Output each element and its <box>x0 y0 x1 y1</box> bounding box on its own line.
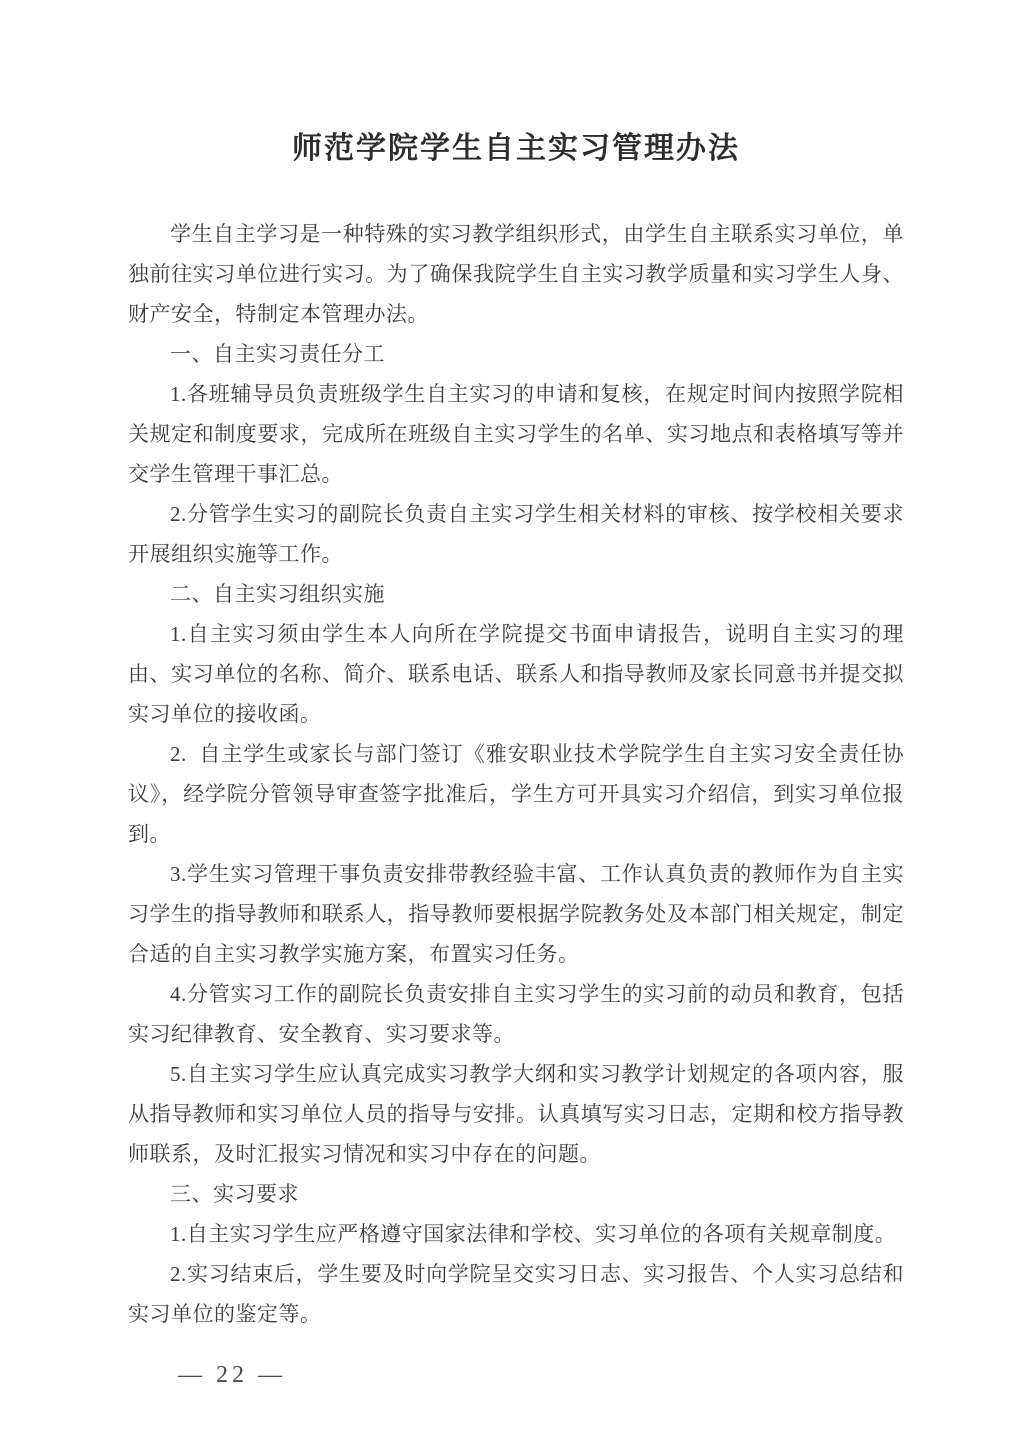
page-title: 师范学院学生自主实习管理办法 <box>128 130 904 168</box>
section-2-heading: 二、自主实习组织实施 <box>128 574 904 614</box>
section-2-item-2: 2. 自主学生或家长与部门签订《雅安职业技术学院学生自主实习安全责任协议》，经学… <box>128 734 904 854</box>
intro-paragraph: 学生自主学习是一种特殊的实习教学组织形式，由学生自主联系实习单位，单独前往实习单… <box>128 214 904 334</box>
document-content: 师范学院学生自主实习管理办法 学生自主学习是一种特殊的实习教学组织形式，由学生自… <box>0 0 1024 1390</box>
section-2-item-1: 1.自主实习须由学生本人向所在学院提交书面申请报告，说明自主实习的理由、实习单位… <box>128 614 904 734</box>
section-3-heading: 三、实习要求 <box>128 1174 904 1214</box>
section-1-item-1: 1.各班辅导员负责班级学生自主实习的申请和复核，在规定时间内按照学院相关规定和制… <box>128 374 904 494</box>
section-2-item-4: 4.分管实习工作的副院长负责安排自主实习学生的实习前的动员和教育，包括实习纪律教… <box>128 974 904 1054</box>
section-1-heading: 一、自主实习责任分工 <box>128 334 904 374</box>
page-number: — 22 — <box>178 1360 904 1390</box>
section-3-item-1: 1.自主实习学生应严格遵守国家法律和学校、实习单位的各项有关规章制度。 <box>128 1214 904 1254</box>
section-3-item-2: 2.实习结束后，学生要及时向学院呈交实习日志、实习报告、个人实习总结和实习单位的… <box>128 1254 904 1334</box>
section-1-item-2: 2.分管学生实习的副院长负责自主实习学生相关材料的审核、按学校相关要求开展组织实… <box>128 494 904 574</box>
section-2-item-5: 5.自主实习学生应认真完成实习教学大纲和实习教学计划规定的各项内容，服从指导教师… <box>128 1054 904 1174</box>
section-2-item-3: 3.学生实习管理干事负责安排带教经验丰富、工作认真负责的教师作为自主实习学生的指… <box>128 854 904 974</box>
document-page: 师范学院学生自主实习管理办法 学生自主学习是一种特殊的实习教学组织形式，由学生自… <box>0 0 1024 1448</box>
